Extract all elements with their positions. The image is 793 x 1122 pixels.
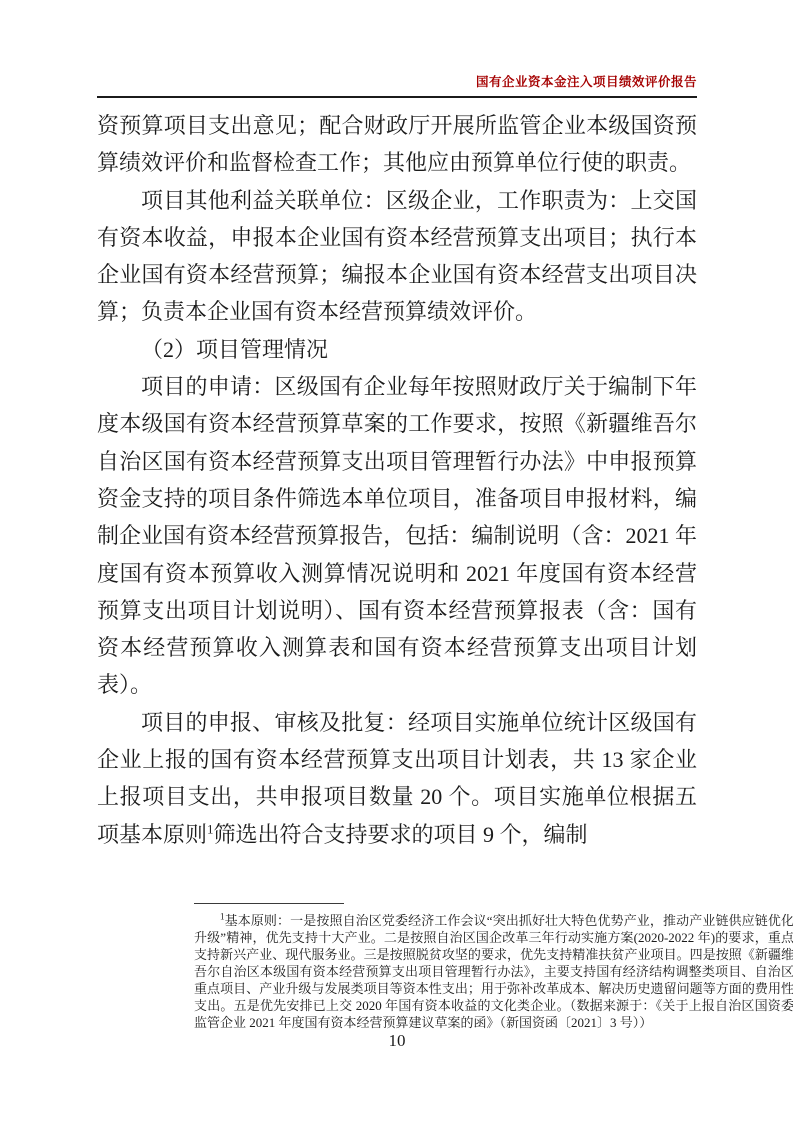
body-paragraph: 项目其他利益关联单位：区级企业，工作职责为：上交国有资本收益，申报本企业国有资本…	[97, 182, 697, 331]
body-paragraph: 项目的申请：区级国有企业每年按照财政厅关于编制下年度本级国有资本经营预算草案的工…	[97, 368, 697, 704]
page-content: 国有企业资本金注入项目绩效评价报告 资预算项目支出意见；配合财政厅开展所监管企业…	[97, 0, 697, 853]
running-header-title: 国有企业资本金注入项目绩效评价报告	[476, 75, 697, 89]
document-page: 国有企业资本金注入项目绩效评价报告 资预算项目支出意见；配合财政厅开展所监管企业…	[0, 0, 793, 1122]
footnote-area: 1基本原则：一是按照自治区党委经济工作会议“突出抓好壮大特色优势产业，推动产业链…	[194, 903, 793, 1031]
body-paragraph: 项目的申报、审核及批复：经项目实施单位统计区级国有企业上报的国有资本经营预算支出…	[97, 704, 697, 853]
running-header: 国有企业资本金注入项目绩效评价报告	[97, 0, 697, 90]
footnote-text: 1基本原则：一是按照自治区党委经济工作会议“突出抓好壮大特色优势产业，推动产业链…	[194, 912, 793, 1031]
body-paragraph-section-heading: （2）项目管理情况	[97, 331, 697, 368]
body-text: 资预算项目支出意见；配合财政厅开展所监管企业本级国资预算绩效评价和监督检查工作；…	[97, 107, 697, 853]
footnote-separator	[194, 903, 344, 904]
paragraph-text: 筛选出符合支持要求的项目 9 个，编制	[214, 822, 588, 847]
page-number: 10	[97, 1031, 697, 1051]
body-paragraph: 资预算项目支出意见；配合财政厅开展所监管企业本级国资预算绩效评价和监督检查工作；…	[97, 107, 697, 182]
header-rule	[97, 96, 697, 98]
footnote-body: 基本原则：一是按照自治区党委经济工作会议“突出抓好壮大特色优势产业，推动产业链供…	[194, 913, 793, 1030]
